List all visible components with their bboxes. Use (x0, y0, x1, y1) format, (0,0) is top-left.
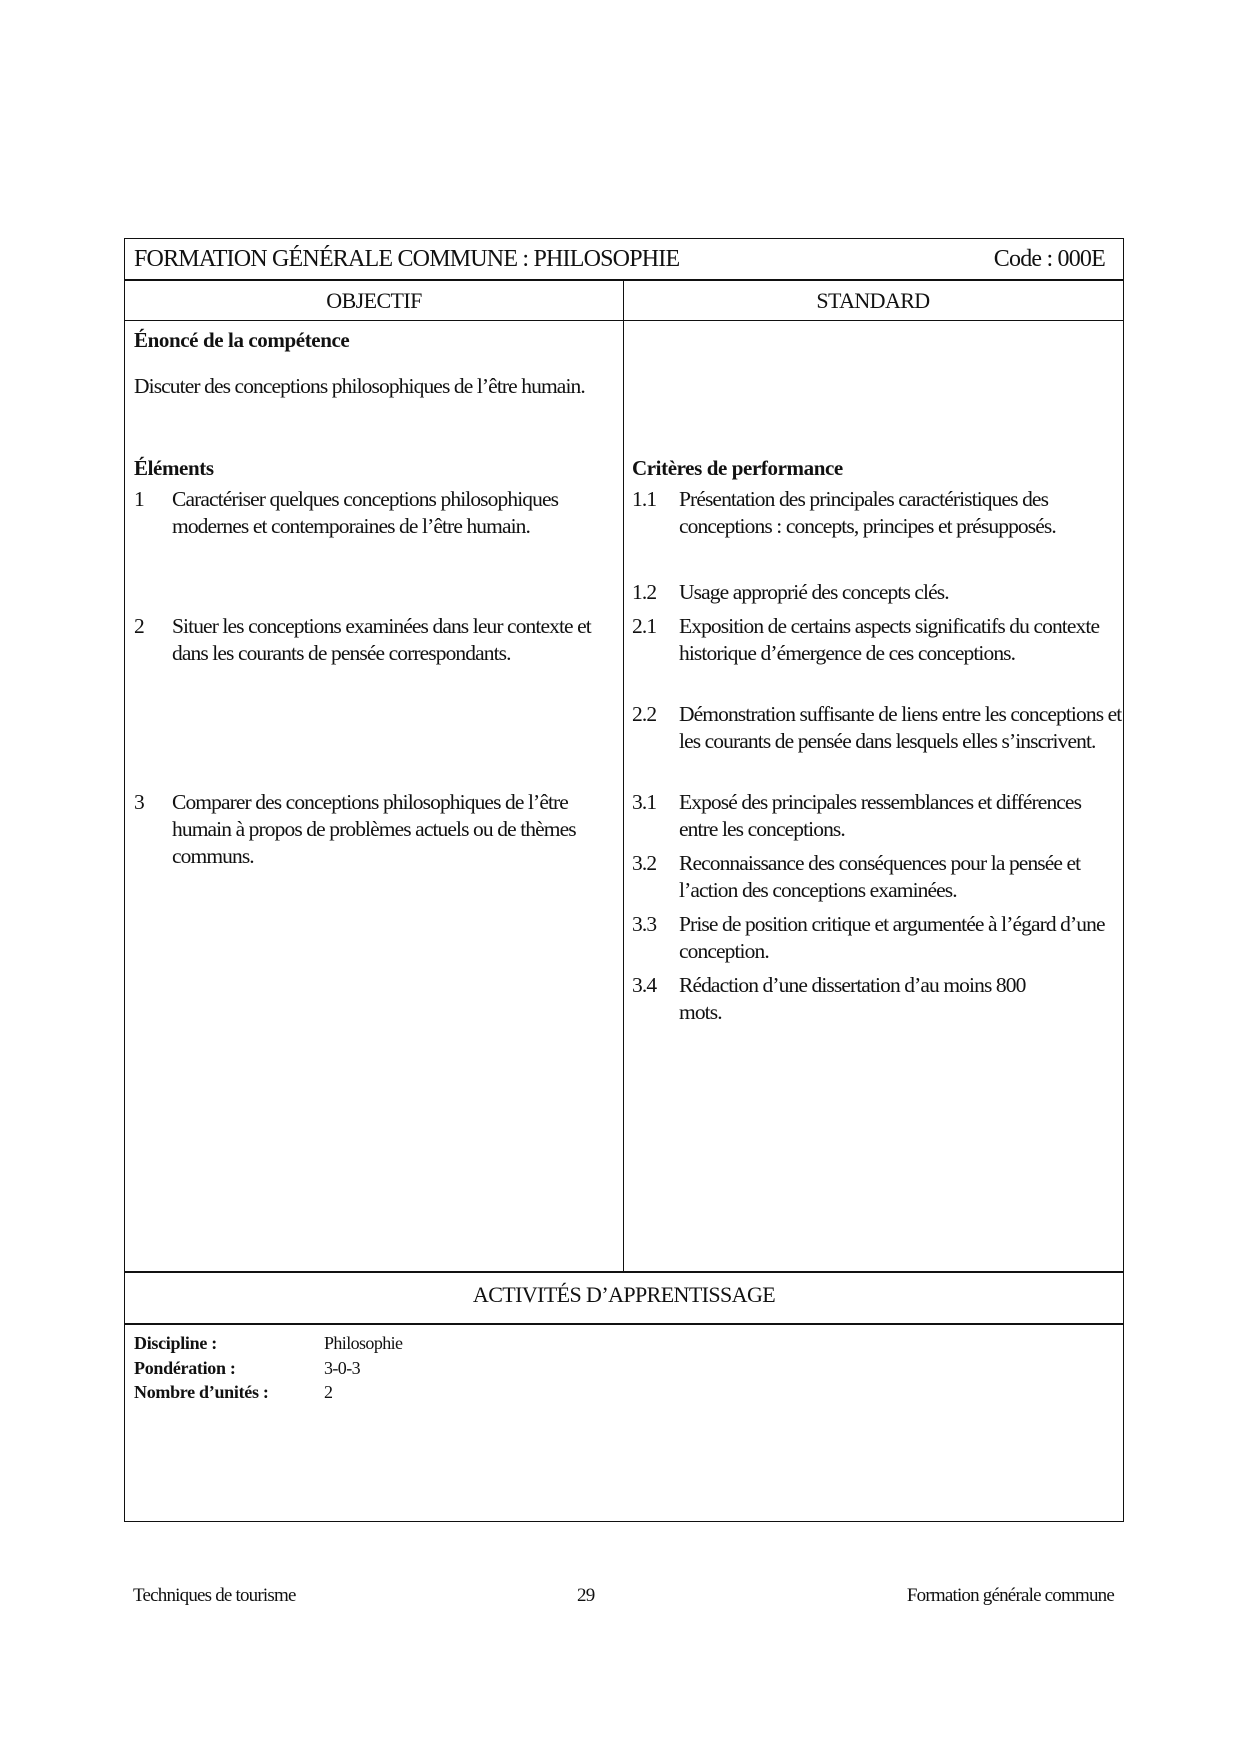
enonce-text: Discuter des conceptions philosophiques … (134, 373, 604, 400)
column-headers: OBJECTIF STANDARD (125, 281, 1123, 321)
critere-text: Exposition de certains aspects significa… (679, 613, 1122, 667)
info-row: Discipline : Philosophie (134, 1331, 402, 1356)
standard-header: STANDARD (624, 288, 1122, 314)
critere-text: Rédaction d’une dissertation d’au moins … (679, 972, 1059, 1026)
unites-value: 2 (324, 1380, 332, 1405)
criteres-heading: Critères de performance (632, 456, 843, 481)
critere-item: 3.3 Prise de position critique et argume… (632, 911, 1122, 965)
ponderation-label: Pondération : (134, 1356, 324, 1381)
footer-section: Formation générale commune (907, 1585, 1114, 1607)
elements-heading: Éléments (134, 456, 214, 481)
discipline-label: Discipline : (134, 1331, 324, 1356)
critere-item: 2.2 Démonstration suffisante de liens en… (632, 701, 1122, 755)
critere-text: Présentation des principales caractérist… (679, 486, 1122, 540)
activites-title: ACTIVITÉS D’APPRENTISSAGE (125, 1282, 1123, 1308)
element-number: 2 (134, 613, 144, 640)
divider (125, 1271, 1123, 1273)
element-item: 2 Situer les conceptions examinées dans … (134, 613, 614, 667)
critere-item: 2.1 Exposition de certains aspects signi… (632, 613, 1122, 667)
document-title: FORMATION GÉNÉRALE COMMUNE : PHILOSOPHIE (134, 246, 679, 273)
element-item: 3 Comparer des conceptions philosophique… (134, 789, 614, 870)
objectif-header: OBJECTIF (125, 288, 623, 314)
critere-text: Exposé des principales ressemblances et … (679, 789, 1122, 843)
critere-number: 1.2 (632, 579, 656, 606)
footer-program: Techniques de tourisme (133, 1585, 296, 1607)
element-text: Comparer des conceptions philosophiques … (172, 789, 614, 870)
critere-number: 2.2 (632, 701, 656, 728)
critere-number: 3.2 (632, 850, 656, 877)
critere-number: 1.1 (632, 486, 656, 513)
element-text: Situer les conceptions examinées dans le… (172, 613, 614, 667)
critere-item: 3.4 Rédaction d’une dissertation d’au mo… (632, 972, 1122, 1026)
ponderation-value: 3-0-3 (324, 1356, 360, 1381)
critere-text: Usage approprié des concepts clés. (679, 579, 1122, 606)
competency-table: FORMATION GÉNÉRALE COMMUNE : PHILOSOPHIE… (124, 238, 1124, 1522)
info-row: Nombre d’unités : 2 (134, 1380, 402, 1405)
critere-item: 1.1 Présentation des principales caracté… (632, 486, 1122, 540)
critere-text: Reconnaissance des conséquences pour la … (679, 850, 1122, 904)
unites-label: Nombre d’unités : (134, 1380, 324, 1405)
element-text: Caractériser quelques conceptions philos… (172, 486, 614, 540)
element-number: 3 (134, 789, 144, 816)
critere-text: Démonstration suffisante de liens entre … (679, 701, 1122, 755)
course-code: Code : 000E (994, 246, 1105, 273)
title-row: FORMATION GÉNÉRALE COMMUNE : PHILOSOPHIE… (125, 239, 1123, 281)
discipline-value: Philosophie (324, 1331, 402, 1356)
critere-item: 3.2 Reconnaissance des conséquences pour… (632, 850, 1122, 904)
critere-item: 3.1 Exposé des principales ressemblances… (632, 789, 1122, 843)
column-divider (623, 281, 624, 1271)
page-number: 29 (577, 1585, 594, 1607)
critere-number: 3.1 (632, 789, 656, 816)
enonce-heading: Énoncé de la compétence (134, 328, 349, 353)
course-info: Discipline : Philosophie Pondération : 3… (134, 1331, 402, 1405)
critere-number: 2.1 (632, 613, 656, 640)
element-number: 1 (134, 486, 144, 513)
critere-number: 3.4 (632, 972, 656, 999)
critere-text: Prise de position critique et argumentée… (679, 911, 1122, 965)
critere-number: 3.3 (632, 911, 656, 938)
info-row: Pondération : 3-0-3 (134, 1356, 402, 1381)
divider (125, 1323, 1123, 1325)
critere-item: 1.2 Usage approprié des concepts clés. (632, 579, 1122, 606)
element-item: 1 Caractériser quelques conceptions phil… (134, 486, 614, 540)
